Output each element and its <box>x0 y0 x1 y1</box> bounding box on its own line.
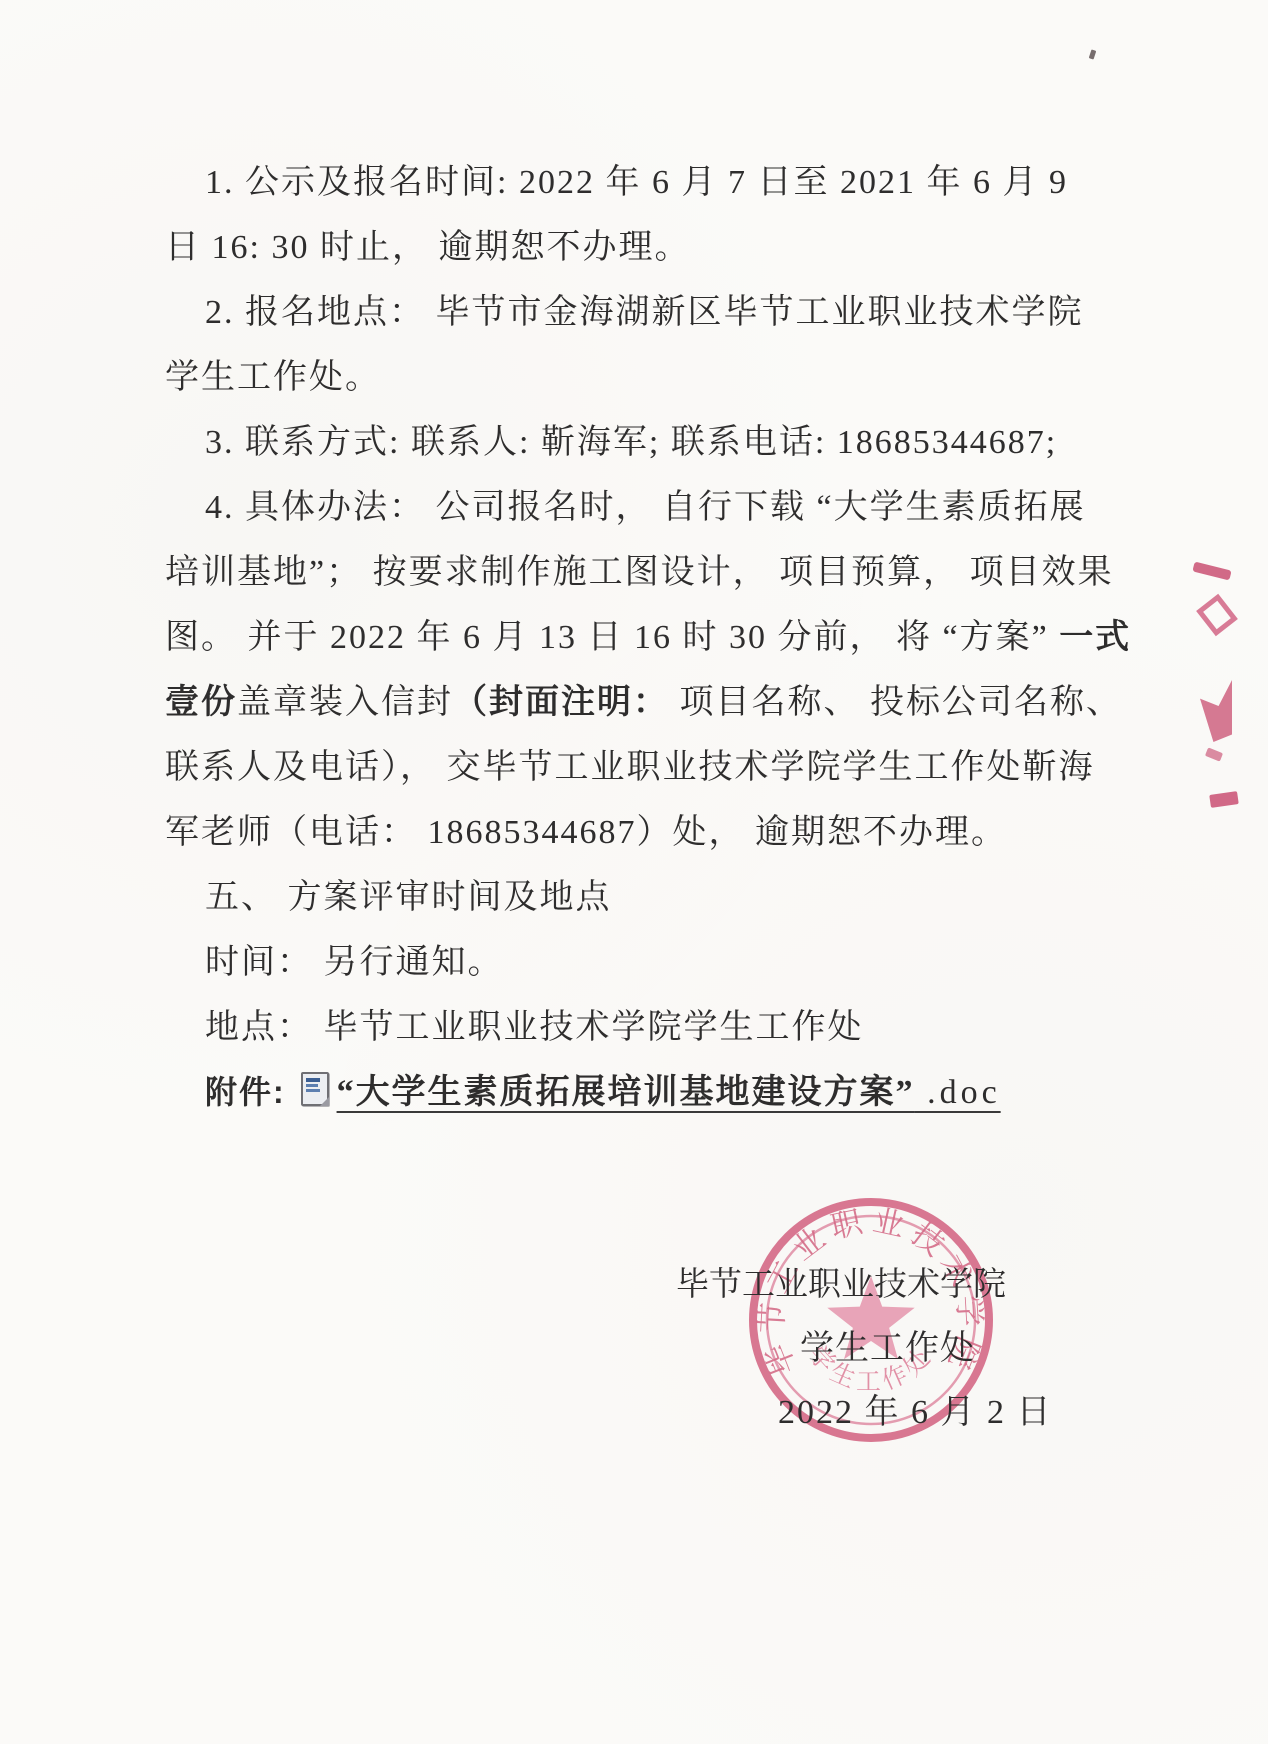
text-segment: 联系人及电话）， 交毕节工业职业技术学院学生工作处靳海 <box>165 749 1095 786</box>
text-segment: 盖章装入信封 <box>237 684 453 721</box>
scan-speck <box>1089 49 1097 59</box>
text-segment: 2. 报名地点： 毕节市金海湖新区毕节工业职业技术学院 <box>205 294 1084 331</box>
text-segment: 一式 <box>1059 619 1131 656</box>
text-segment: 日 16: 30 时止， 逾期恕不办理。 <box>165 229 690 266</box>
attachment-link[interactable]: .doc <box>915 1074 1001 1111</box>
text-segment: 附件: <box>205 1074 297 1110</box>
stamp-fragment <box>1209 791 1239 808</box>
text-segment: 五、 方案评审时间及地点 <box>205 879 612 916</box>
text-line: 五、 方案评审时间及地点 <box>165 865 1125 930</box>
text-segment: 军老师（电话： 18685344687）处， 逾期恕不办理。 <box>165 814 1007 851</box>
word-doc-icon <box>301 1072 329 1106</box>
text-line: 地点： 毕节工业职业技术学院学生工作处 <box>165 995 1125 1060</box>
text-line: 日 16: 30 时止， 逾期恕不办理。 <box>165 215 1125 280</box>
text-segment: （封面注明： <box>453 684 669 721</box>
text-line: 3. 联系方式: 联系人: 靳海军; 联系电话: 18685344687; <box>165 410 1125 475</box>
attachment-line: 附件: “大学生素质拓展培训基地建设方案” .doc <box>165 1060 1125 1125</box>
text-line: 2. 报名地点： 毕节市金海湖新区毕节工业职业技术学院 <box>165 280 1125 345</box>
attachment-link[interactable]: “大学生素质拓展培训基地建设方案” <box>337 1074 915 1111</box>
signature-date: 2022 年 6 月 2 日 <box>778 1390 1053 1436</box>
text-segment: 4. 具体办法： 公司报名时， 自行下载 “大学生素质拓展 <box>205 489 1086 526</box>
text-line: 1. 公示及报名时间: 2022 年 6 月 7 日至 2021 年 6 月 9 <box>165 150 1125 215</box>
text-segment: 培训基地”； 按要求制作施工图设计， 项目预算， 项目效果 <box>165 554 1114 591</box>
stamp-fragment <box>1192 562 1231 581</box>
text-segment: 项目名称、 投标公司名称、 <box>669 684 1122 721</box>
text-line: 军老师（电话： 18685344687）处， 逾期恕不办理。 <box>165 800 1125 865</box>
text-segment: 时间： 另行通知。 <box>205 944 504 981</box>
document-body: 1. 公示及报名时间: 2022 年 6 月 7 日至 2021 年 6 月 9… <box>165 150 1125 1125</box>
text-segment: 壹份 <box>165 684 237 721</box>
text-segment: 学生工作处。 <box>165 359 381 396</box>
stamp-fragment <box>1196 594 1238 636</box>
text-line: 联系人及电话）， 交毕节工业职业技术学院学生工作处靳海 <box>165 735 1125 800</box>
text-line: 4. 具体办法： 公司报名时， 自行下载 “大学生素质拓展 <box>165 475 1125 540</box>
text-segment: 3. 联系方式: 联系人: 靳海军; 联系电话: 18685344687; <box>205 424 1057 461</box>
stamp-fragment <box>1205 747 1223 761</box>
text-line: 培训基地”； 按要求制作施工图设计， 项目预算， 项目效果 <box>165 540 1125 605</box>
text-segment: 地点： 毕节工业职业技术学院学生工作处 <box>205 1009 864 1046</box>
text-segment: 1. 公示及报名时间: 2022 年 6 月 7 日至 2021 年 6 月 9 <box>205 164 1068 201</box>
signature-org-name: 毕节工业职业技术学院 <box>676 1262 1006 1308</box>
text-line: 图。 并于 2022 年 6 月 13 日 16 时 30 分前， 将 “方案”… <box>165 605 1125 670</box>
text-line: 壹份盖章装入信封（封面注明： 项目名称、 投标公司名称、 <box>165 670 1125 735</box>
stamp-fragment <box>1200 680 1232 742</box>
text-segment: 图。 并于 2022 年 6 月 13 日 16 时 30 分前， 将 “方案” <box>165 619 1059 656</box>
signature-dept-name: 学生工作处 <box>800 1326 975 1372</box>
text-line: 学生工作处。 <box>165 345 1125 410</box>
text-line: 时间： 另行通知。 <box>165 930 1125 995</box>
scanned-page: 1. 公示及报名时间: 2022 年 6 月 7 日至 2021 年 6 月 9… <box>0 0 1268 1744</box>
